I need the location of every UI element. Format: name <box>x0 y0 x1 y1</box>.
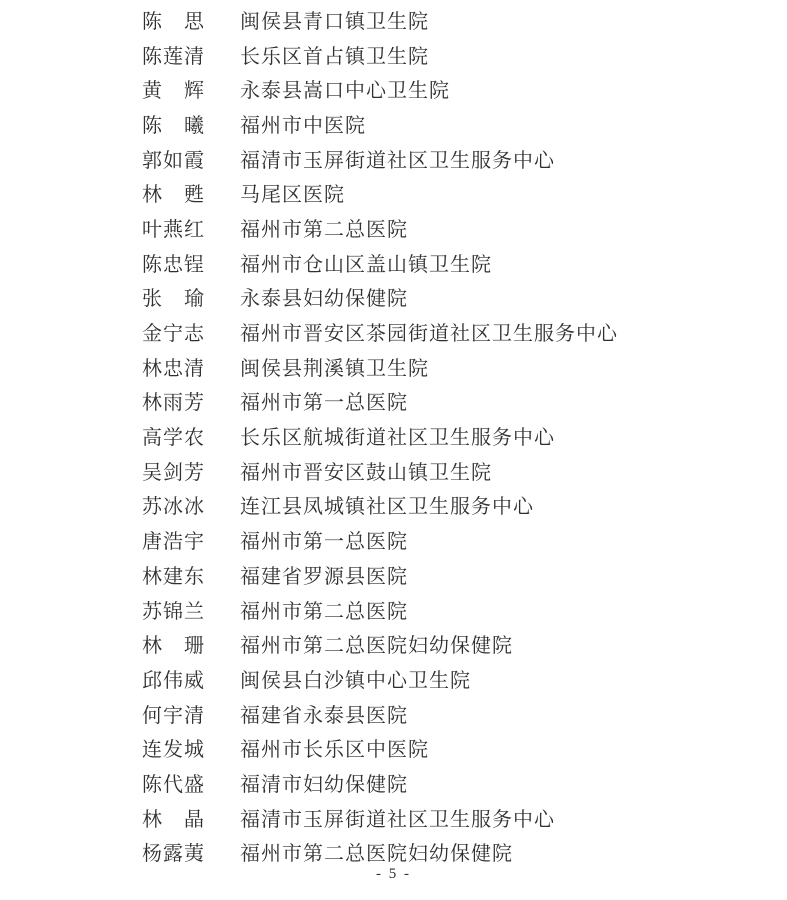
roster-row: 苏锦兰 福州市第二总医院 <box>142 592 618 627</box>
org-name: 长乐区航城街道社区卫生服务中心 <box>240 421 555 450</box>
person-name: 林 珊 <box>142 629 240 658</box>
person-name: 金宁志 <box>142 317 240 346</box>
roster-row: 陈 思 闽侯县青口镇卫生院 <box>142 2 618 37</box>
person-name: 林 甦 <box>142 178 240 207</box>
roster-row: 陈忠锃 福州市仓山区盖山镇卫生院 <box>142 245 618 280</box>
person-name: 陈 思 <box>142 5 240 34</box>
roster-row: 郭如霞 福清市玉屏街道社区卫生服务中心 <box>142 141 618 176</box>
org-name: 长乐区首占镇卫生院 <box>240 40 429 69</box>
roster-row: 苏冰冰 连江县凤城镇社区卫生服务中心 <box>142 488 618 523</box>
org-name: 连江县凤城镇社区卫生服务中心 <box>240 490 534 519</box>
roster-row: 林雨芳 福州市第一总医院 <box>142 384 618 419</box>
roster-row: 林 珊 福州市第二总医院妇幼保健院 <box>142 626 618 661</box>
person-name: 唐浩宇 <box>142 525 240 554</box>
org-name: 闽侯县青口镇卫生院 <box>240 5 429 34</box>
roster-row: 杨露荑 福州市第二总医院妇幼保健院 <box>142 835 618 870</box>
roster-row: 林 晶 福清市玉屏街道社区卫生服务中心 <box>142 800 618 835</box>
person-name: 杨露荑 <box>142 837 240 866</box>
person-name: 林雨芳 <box>142 386 240 415</box>
org-name: 福州市第二总医院 <box>240 213 408 242</box>
roster-list: 陈 思 闽侯县青口镇卫生院 陈莲清 长乐区首占镇卫生院 黄 辉 永泰县嵩口中心卫… <box>142 2 618 869</box>
org-name: 福清市玉屏街道社区卫生服务中心 <box>240 144 555 173</box>
person-name: 张 瑜 <box>142 282 240 311</box>
org-name: 福州市仓山区盖山镇卫生院 <box>240 248 492 277</box>
roster-row: 陈 曦 福州市中医院 <box>142 106 618 141</box>
org-name: 福州市晋安区鼓山镇卫生院 <box>240 456 492 485</box>
roster-row: 陈代盛 福清市妇幼保健院 <box>142 765 618 800</box>
roster-row: 林忠清 闽侯县荆溪镇卫生院 <box>142 349 618 384</box>
roster-row: 张 瑜 永泰县妇幼保健院 <box>142 280 618 315</box>
person-name: 邱伟威 <box>142 664 240 693</box>
roster-row: 林建东 福建省罗源县医院 <box>142 557 618 592</box>
person-name: 陈忠锃 <box>142 248 240 277</box>
org-name: 福建省罗源县医院 <box>240 560 408 589</box>
org-name: 福清市玉屏街道社区卫生服务中心 <box>240 803 555 832</box>
person-name: 何宇清 <box>142 699 240 728</box>
org-name: 福州市第二总医院 <box>240 595 408 624</box>
org-name: 福清市妇幼保健院 <box>240 768 408 797</box>
person-name: 苏锦兰 <box>142 595 240 624</box>
document-page: 陈 思 闽侯县青口镇卫生院 陈莲清 长乐区首占镇卫生院 黄 辉 永泰县嵩口中心卫… <box>0 0 787 900</box>
org-name: 福州市晋安区茶园街道社区卫生服务中心 <box>240 317 618 346</box>
roster-row: 陈莲清 长乐区首占镇卫生院 <box>142 37 618 72</box>
org-name: 马尾区医院 <box>240 178 345 207</box>
person-name: 黄 辉 <box>142 74 240 103</box>
person-name: 陈 曦 <box>142 109 240 138</box>
org-name: 永泰县妇幼保健院 <box>240 282 408 311</box>
roster-row: 林 甦 马尾区医院 <box>142 175 618 210</box>
person-name: 林 晶 <box>142 803 240 832</box>
person-name: 叶燕红 <box>142 213 240 242</box>
person-name: 高学农 <box>142 421 240 450</box>
org-name: 永泰县嵩口中心卫生院 <box>240 74 450 103</box>
roster-row: 叶燕红 福州市第二总医院 <box>142 210 618 245</box>
org-name: 闽侯县白沙镇中心卫生院 <box>240 664 471 693</box>
roster-row: 何宇清 福建省永泰县医院 <box>142 696 618 731</box>
person-name: 陈莲清 <box>142 40 240 69</box>
person-name: 陈代盛 <box>142 768 240 797</box>
org-name: 福州市第二总医院妇幼保健院 <box>240 837 513 866</box>
roster-row: 高学农 长乐区航城街道社区卫生服务中心 <box>142 418 618 453</box>
person-name: 苏冰冰 <box>142 490 240 519</box>
person-name: 林忠清 <box>142 352 240 381</box>
person-name: 林建东 <box>142 560 240 589</box>
roster-row: 金宁志 福州市晋安区茶园街道社区卫生服务中心 <box>142 314 618 349</box>
org-name: 福州市第一总医院 <box>240 386 408 415</box>
org-name: 福州市长乐区中医院 <box>240 733 429 762</box>
org-name: 福建省永泰县医院 <box>240 699 408 728</box>
org-name: 福州市第二总医院妇幼保健院 <box>240 629 513 658</box>
roster-row: 黄 辉 永泰县嵩口中心卫生院 <box>142 71 618 106</box>
roster-row: 连发城 福州市长乐区中医院 <box>142 730 618 765</box>
org-name: 闽侯县荆溪镇卫生院 <box>240 352 429 381</box>
page-number: - 5 - <box>0 866 787 883</box>
roster-row: 吴剑芳 福州市晋安区鼓山镇卫生院 <box>142 453 618 488</box>
person-name: 郭如霞 <box>142 144 240 173</box>
person-name: 连发城 <box>142 733 240 762</box>
org-name: 福州市中医院 <box>240 109 366 138</box>
person-name: 吴剑芳 <box>142 456 240 485</box>
roster-row: 唐浩宇 福州市第一总医院 <box>142 522 618 557</box>
roster-row: 邱伟威 闽侯县白沙镇中心卫生院 <box>142 661 618 696</box>
org-name: 福州市第一总医院 <box>240 525 408 554</box>
